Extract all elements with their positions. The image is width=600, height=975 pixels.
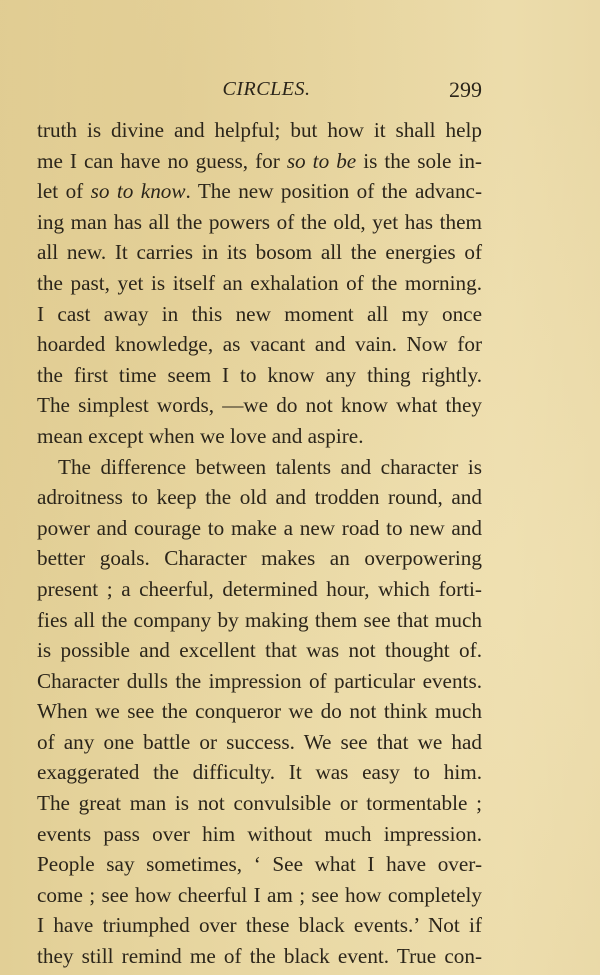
paragraph: The difference between talents and chara… bbox=[37, 452, 482, 972]
text-line: The difference between talents and chara… bbox=[37, 452, 482, 483]
text-line: hoarded knowledge, as vacant and vain. N… bbox=[37, 329, 482, 360]
text-line: adroitness to keep the old and trodden r… bbox=[37, 482, 482, 513]
paragraph: truth is divine and helpful; but how it … bbox=[37, 115, 482, 452]
text-line: the past, yet is itself an exhalation of… bbox=[37, 268, 482, 299]
italic-text: so to be bbox=[287, 149, 356, 173]
text-segment: The great man is not convulsible or torm… bbox=[37, 791, 482, 815]
text-line: better goals. Character makes an overpow… bbox=[37, 543, 482, 574]
text-line: me I can have no guess, for so to be is … bbox=[37, 146, 482, 177]
text-segment: ing man has all the powers of the old, y… bbox=[37, 210, 482, 234]
text-line: The great man is not convulsible or torm… bbox=[37, 788, 482, 819]
text-segment: all new. It carries in its bosom all the… bbox=[37, 240, 482, 264]
text-segment: the past, yet is itself an exhalation of… bbox=[37, 271, 482, 295]
text-line: exaggerated the difficulty. It was easy … bbox=[37, 757, 482, 788]
text-segment: better goals. Character makes an overpow… bbox=[37, 546, 482, 570]
text-segment: let of bbox=[37, 179, 91, 203]
text-line: all new. It carries in its bosom all the… bbox=[37, 237, 482, 268]
body-text: truth is divine and helpful; but how it … bbox=[37, 115, 482, 972]
page-number: 299 bbox=[449, 77, 482, 103]
running-title: CIRCLES. bbox=[37, 78, 482, 101]
text-segment: power and courage to make a new road to … bbox=[37, 516, 482, 540]
text-line: I cast away in this new moment all my on… bbox=[37, 299, 482, 330]
text-line: ing man has all the powers of the old, y… bbox=[37, 207, 482, 238]
text-segment: truth is divine and helpful; but how it … bbox=[37, 118, 482, 142]
text-segment: exaggerated the difficulty. It was easy … bbox=[37, 760, 482, 784]
text-segment: events pass over him without much impres… bbox=[37, 822, 482, 846]
text-line: I have triumphed over these black events… bbox=[37, 910, 482, 941]
text-line: Character dulls the impression of partic… bbox=[37, 666, 482, 697]
running-head: CIRCLES. 299 bbox=[37, 78, 482, 108]
text-line: come ; see how cheerful I am ; see how c… bbox=[37, 880, 482, 911]
text-segment: present ; a cheerful, determined hour, w… bbox=[37, 577, 482, 601]
text-segment: the first time seem I to know any thing … bbox=[37, 363, 482, 387]
text-segment: Character dulls the impression of partic… bbox=[37, 669, 482, 693]
text-segment: The difference between talents and chara… bbox=[58, 455, 482, 479]
book-page: CIRCLES. 299 truth is divine and helpful… bbox=[0, 0, 600, 975]
text-segment: me I can have no guess, for bbox=[37, 149, 287, 173]
text-segment: I cast away in this new moment all my on… bbox=[37, 302, 482, 326]
text-line: present ; a cheerful, determined hour, w… bbox=[37, 574, 482, 605]
text-line: let of so to know. The new position of t… bbox=[37, 176, 482, 207]
italic-text: so to know bbox=[91, 179, 186, 203]
text-segment: . The new position of the advanc- bbox=[186, 179, 482, 203]
text-segment: they still remind me of the black event.… bbox=[37, 944, 482, 968]
text-line: of any one battle or success. We see tha… bbox=[37, 727, 482, 758]
text-segment: mean except when we love and aspire. bbox=[37, 424, 364, 448]
text-segment: When we see the conqueror we do not thin… bbox=[37, 699, 482, 723]
text-line: When we see the conqueror we do not thin… bbox=[37, 696, 482, 727]
text-segment: fies all the company by making them see … bbox=[37, 608, 482, 632]
text-segment: I have triumphed over these black events… bbox=[37, 913, 482, 937]
text-segment: hoarded knowledge, as vacant and vain. N… bbox=[37, 332, 482, 356]
text-segment: of any one battle or success. We see tha… bbox=[37, 730, 482, 754]
text-segment: People say sometimes, ‘ See what I have … bbox=[37, 852, 482, 876]
text-line: they still remind me of the black event.… bbox=[37, 941, 482, 972]
text-line: is possible and excellent that was not t… bbox=[37, 635, 482, 666]
text-line: truth is divine and helpful; but how it … bbox=[37, 115, 482, 146]
text-line: The simplest words, —we do not know what… bbox=[37, 390, 482, 421]
text-line: mean except when we love and aspire. bbox=[37, 421, 482, 452]
text-segment: come ; see how cheerful I am ; see how c… bbox=[37, 883, 482, 907]
text-segment: adroitness to keep the old and trodden r… bbox=[37, 485, 482, 509]
text-segment: is possible and excellent that was not t… bbox=[37, 638, 482, 662]
text-line: the first time seem I to know any thing … bbox=[37, 360, 482, 391]
text-segment: is the sole in- bbox=[356, 149, 482, 173]
text-line: events pass over him without much impres… bbox=[37, 819, 482, 850]
text-line: power and courage to make a new road to … bbox=[37, 513, 482, 544]
text-segment: The simplest words, —we do not know what… bbox=[37, 393, 482, 417]
text-line: People say sometimes, ‘ See what I have … bbox=[37, 849, 482, 880]
text-line: fies all the company by making them see … bbox=[37, 605, 482, 636]
